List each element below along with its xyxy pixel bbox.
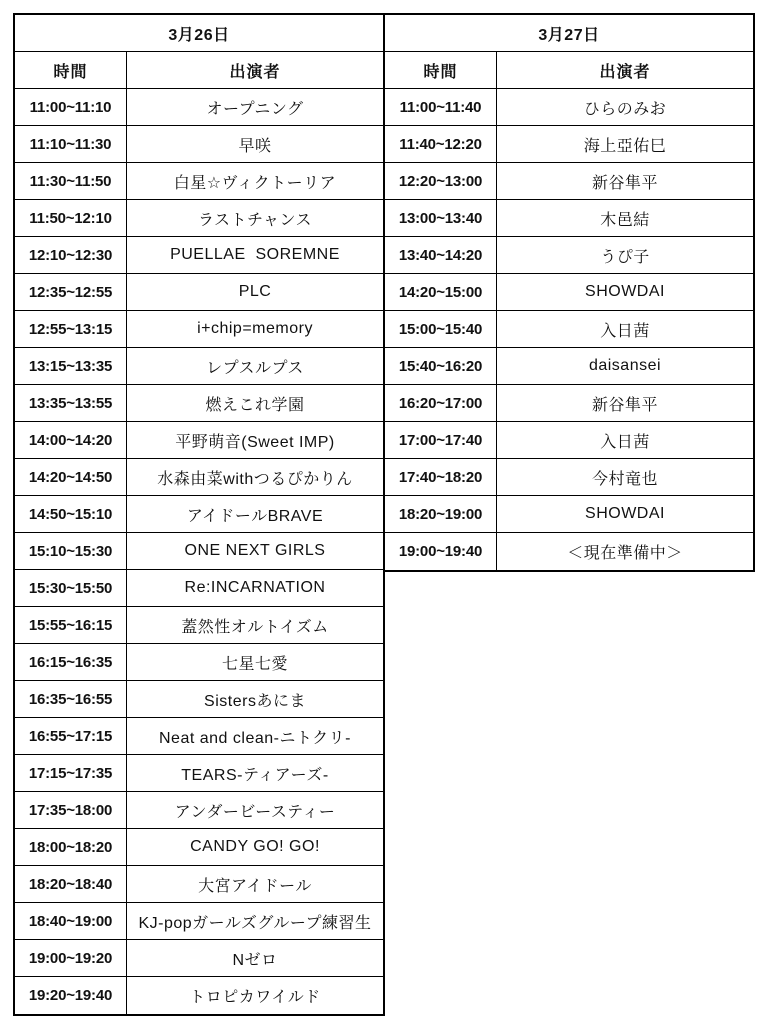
performer-cell: Sistersあにま: [127, 681, 383, 717]
time-cell: 16:15~16:35: [15, 644, 127, 680]
time-cell: 19:00~19:20: [15, 940, 127, 976]
time-cell: 17:00~17:40: [385, 422, 497, 458]
time-column-header: 時間: [385, 52, 497, 88]
table-row: 18:20~18:40 大宮アイドール: [15, 866, 383, 903]
table-row: 13:35~13:55 燃えこれ学園: [15, 385, 383, 422]
time-cell: 13:15~13:35: [15, 348, 127, 384]
column-header-row: 時間 出演者: [15, 52, 383, 89]
performer-cell: 燃えこれ学園: [127, 385, 383, 421]
schedule-rows: 11:00~11:40 ひらのみお 11:40~12:20 海上亞佑巳 12:2…: [385, 89, 753, 570]
performer-cell: 入日茜: [497, 422, 753, 458]
table-row: 12:35~12:55 PLC: [15, 274, 383, 311]
performer-cell: 木邑結: [497, 200, 753, 236]
performer-cell: SHOWDAI: [497, 496, 753, 532]
time-cell: 11:10~11:30: [15, 126, 127, 162]
table-row: 19:00~19:20 Nゼロ: [15, 940, 383, 977]
table-row: 16:15~16:35 七星七愛: [15, 644, 383, 681]
performer-cell: 水森由菜withつるぴかりん: [127, 459, 383, 495]
table-row: 16:55~17:15 Neat and clean-ニトクリ-: [15, 718, 383, 755]
performer-cell: ONE NEXT GIRLS: [127, 533, 383, 569]
performer-cell: 海上亞佑巳: [497, 126, 753, 162]
time-cell: 13:40~14:20: [385, 237, 497, 273]
performer-column-header: 出演者: [127, 52, 383, 88]
table-row: 19:00~19:40 ＜現在準備中＞: [385, 533, 753, 570]
performer-cell: 七星七愛: [127, 644, 383, 680]
performer-cell: 新谷隼平: [497, 163, 753, 199]
performer-cell: PLC: [127, 274, 383, 310]
time-cell: 15:00~15:40: [385, 311, 497, 347]
performer-cell: CANDY GO! GO!: [127, 829, 383, 865]
time-cell: 16:20~17:00: [385, 385, 497, 421]
schedule-tables: 3月26日 時間 出演者 11:00~11:10 オープニング 11:10~11…: [13, 13, 755, 1016]
table-row: 11:10~11:30 早咲: [15, 126, 383, 163]
time-cell: 15:55~16:15: [15, 607, 127, 643]
table-row: 11:00~11:40 ひらのみお: [385, 89, 753, 126]
table-row: 18:00~18:20 CANDY GO! GO!: [15, 829, 383, 866]
performer-cell: ひらのみお: [497, 89, 753, 125]
time-cell: 13:35~13:55: [15, 385, 127, 421]
table-row: 19:20~19:40 トロピカワイルド: [15, 977, 383, 1014]
performer-cell: SHOWDAI: [497, 274, 753, 310]
time-cell: 14:00~14:20: [15, 422, 127, 458]
time-cell: 11:50~12:10: [15, 200, 127, 236]
table-row: 14:20~14:50 水森由菜withつるぴかりん: [15, 459, 383, 496]
performer-cell: Re:INCARNATION: [127, 570, 383, 606]
table-row: 14:00~14:20 平野萌音(Sweet IMP): [15, 422, 383, 459]
table-row: 11:40~12:20 海上亞佑巳: [385, 126, 753, 163]
time-cell: 11:00~11:10: [15, 89, 127, 125]
table-row: 13:40~14:20 うぴ子: [385, 237, 753, 274]
time-cell: 17:35~18:00: [15, 792, 127, 828]
day-header: 3月26日: [15, 15, 383, 52]
day-header: 3月27日: [385, 15, 753, 52]
table-row: 15:40~16:20 daisansei: [385, 348, 753, 385]
table-row: 12:10~12:30 PUELLAE SOREMNE: [15, 237, 383, 274]
performer-column-header: 出演者: [497, 52, 753, 88]
column-header-row: 時間 出演者: [385, 52, 753, 89]
time-cell: 14:20~15:00: [385, 274, 497, 310]
time-cell: 17:15~17:35: [15, 755, 127, 791]
table-row: 13:15~13:35 レプスルプス: [15, 348, 383, 385]
performer-cell: オープニング: [127, 89, 383, 125]
performer-cell: 入日茜: [497, 311, 753, 347]
table-row: 18:40~19:00 KJ-popガールズグループ練習生: [15, 903, 383, 940]
time-cell: 12:10~12:30: [15, 237, 127, 273]
time-cell: 14:20~14:50: [15, 459, 127, 495]
table-row: 15:55~16:15 蓋然性オルトイズム: [15, 607, 383, 644]
performer-cell: うぴ子: [497, 237, 753, 273]
time-cell: 11:40~12:20: [385, 126, 497, 162]
table-row: 16:35~16:55 Sistersあにま: [15, 681, 383, 718]
table-row: 11:30~11:50 白星☆ヴィクトーリア: [15, 163, 383, 200]
performer-cell: 蓋然性オルトイズム: [127, 607, 383, 643]
performer-cell: ラストチャンス: [127, 200, 383, 236]
table-row: 15:10~15:30 ONE NEXT GIRLS: [15, 533, 383, 570]
time-cell: 16:55~17:15: [15, 718, 127, 754]
time-cell: 12:20~13:00: [385, 163, 497, 199]
performer-cell: PUELLAE SOREMNE: [127, 237, 383, 273]
table-row: 15:00~15:40 入日茜: [385, 311, 753, 348]
table-row: 11:50~12:10 ラストチャンス: [15, 200, 383, 237]
time-cell: 12:55~13:15: [15, 311, 127, 347]
time-cell: 18:40~19:00: [15, 903, 127, 939]
time-cell: 14:50~15:10: [15, 496, 127, 532]
table-row: 13:00~13:40 木邑結: [385, 200, 753, 237]
performer-cell: i+chip=memory: [127, 311, 383, 347]
time-cell: 19:20~19:40: [15, 977, 127, 1014]
table-row: 11:00~11:10 オープニング: [15, 89, 383, 126]
table-row: 12:55~13:15 i+chip=memory: [15, 311, 383, 348]
time-cell: 11:30~11:50: [15, 163, 127, 199]
time-cell: 15:40~16:20: [385, 348, 497, 384]
time-cell: 18:00~18:20: [15, 829, 127, 865]
schedule-rows: 11:00~11:10 オープニング 11:10~11:30 早咲 11:30~…: [15, 89, 383, 1014]
table-row: 12:20~13:00 新谷隼平: [385, 163, 753, 200]
time-cell: 18:20~18:40: [15, 866, 127, 902]
table-row: 14:20~15:00 SHOWDAI: [385, 274, 753, 311]
table-row: 17:35~18:00 アンダービースティー: [15, 792, 383, 829]
table-row: 16:20~17:00 新谷隼平: [385, 385, 753, 422]
performer-cell: レプスルプス: [127, 348, 383, 384]
day-table-march-27: 3月27日 時間 出演者 11:00~11:40 ひらのみお 11:40~12:…: [383, 13, 755, 572]
performer-cell: 今村竜也: [497, 459, 753, 495]
table-row: 18:20~19:00 SHOWDAI: [385, 496, 753, 533]
performer-cell: daisansei: [497, 348, 753, 384]
table-row: 17:15~17:35 TEARS-ティアーズ-: [15, 755, 383, 792]
time-cell: 17:40~18:20: [385, 459, 497, 495]
performer-cell: 早咲: [127, 126, 383, 162]
table-row: 17:00~17:40 入日茜: [385, 422, 753, 459]
time-cell: 12:35~12:55: [15, 274, 127, 310]
performer-cell: 新谷隼平: [497, 385, 753, 421]
performer-cell: TEARS-ティアーズ-: [127, 755, 383, 791]
table-row: 17:40~18:20 今村竜也: [385, 459, 753, 496]
time-column-header: 時間: [15, 52, 127, 88]
day-table-march-26: 3月26日 時間 出演者 11:00~11:10 オープニング 11:10~11…: [13, 13, 385, 1016]
performer-cell: KJ-popガールズグループ練習生: [127, 903, 383, 939]
performer-cell: アイドールBRAVE: [127, 496, 383, 532]
time-cell: 13:00~13:40: [385, 200, 497, 236]
time-cell: 16:35~16:55: [15, 681, 127, 717]
table-row: 15:30~15:50 Re:INCARNATION: [15, 570, 383, 607]
performer-cell: 平野萌音(Sweet IMP): [127, 422, 383, 458]
performer-cell: トロピカワイルド: [127, 977, 383, 1014]
time-cell: 15:10~15:30: [15, 533, 127, 569]
time-cell: 18:20~19:00: [385, 496, 497, 532]
performer-cell: アンダービースティー: [127, 792, 383, 828]
performer-cell: Neat and clean-ニトクリ-: [127, 718, 383, 754]
performer-cell: 大宮アイドール: [127, 866, 383, 902]
performer-cell: ＜現在準備中＞: [497, 533, 753, 570]
time-cell: 15:30~15:50: [15, 570, 127, 606]
time-cell: 19:00~19:40: [385, 533, 497, 570]
performer-cell: 白星☆ヴィクトーリア: [127, 163, 383, 199]
table-row: 14:50~15:10 アイドールBRAVE: [15, 496, 383, 533]
time-cell: 11:00~11:40: [385, 89, 497, 125]
performer-cell: Nゼロ: [127, 940, 383, 976]
